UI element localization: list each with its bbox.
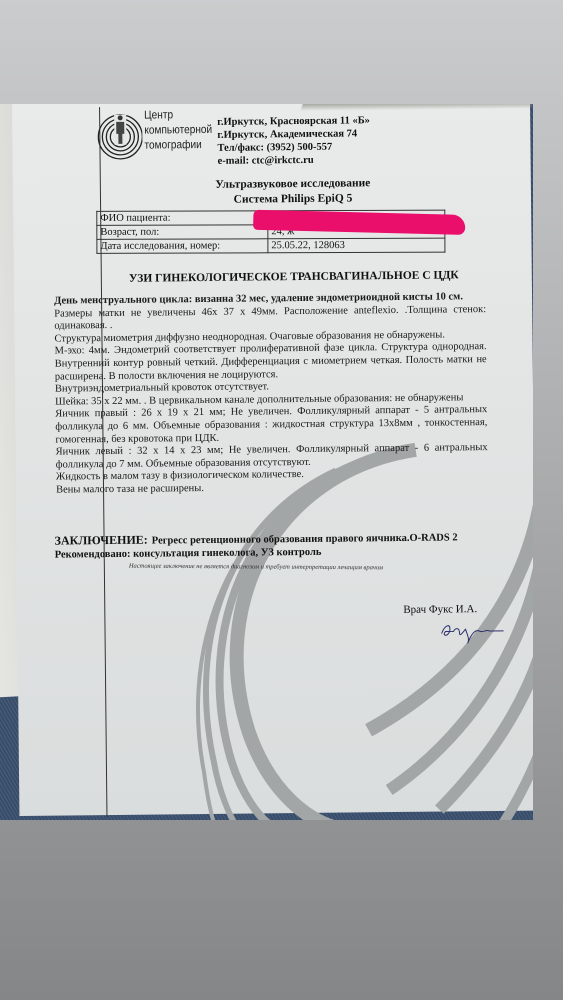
report-paper: Центр компьютерной томографии г.Иркутск,… xyxy=(12,104,533,816)
org-line: компьютерной xyxy=(144,123,212,139)
paper-top-shadow xyxy=(300,104,533,111)
org-line: томографии xyxy=(144,138,212,154)
table-row: Дата исследования, номер: 25.05.22, 1280… xyxy=(97,238,445,253)
conclusion-block: ЗАКЛЮЧЕНИЕ: Регресс ретенционного образо… xyxy=(54,527,494,562)
doctor-name: Врач Фукс И.А. xyxy=(403,603,477,616)
document-photo: Центр компьютерной томографии г.Иркутск,… xyxy=(0,104,533,820)
finding-endometrium: М-эхо: 4мм. Эндометрий соответствует про… xyxy=(55,341,487,383)
patient-name-label: ФИО пациента: xyxy=(97,211,268,226)
handwritten-signature-icon xyxy=(437,619,507,646)
finding-right-ovary: Яичник правый : 26 х 19 х 21 мм; Не увел… xyxy=(55,404,487,446)
email-line: e-mail: ctc@irkctc.ru xyxy=(218,153,371,168)
findings-text: День менструального цикла: визанна 32 ме… xyxy=(54,291,488,497)
conclusion-heading: ЗАКЛЮЧЕНИЕ: xyxy=(55,533,148,548)
organization-name: Центр компьютерной томографии xyxy=(144,108,212,154)
address-line: г.Иркутск, Академическая 74 xyxy=(217,127,370,142)
exam-date-label: Дата исследования, номер: xyxy=(97,239,268,254)
exam-date-value: 25.05.22, 128063 xyxy=(268,238,445,253)
equipment-line: Система Philips EpiQ 5 xyxy=(163,191,423,209)
age-sex-label: Возраст, пол: xyxy=(97,225,268,240)
exam-title: УЗИ ГИНЕКОЛОГИЧЕСКОЕ ТРАНСВАГИНАЛЬНОЕ С … xyxy=(74,269,514,286)
conclusion-text: Регресс ретенционного образования правог… xyxy=(152,532,458,546)
organization-address: г.Иркутск, Красноярская 11 «Б» г.Иркутск… xyxy=(217,114,370,168)
org-line: Центр xyxy=(144,108,212,124)
human-figure-rings-icon xyxy=(94,109,143,165)
study-title: Ультразвуковое исследование Система Phil… xyxy=(163,176,423,209)
